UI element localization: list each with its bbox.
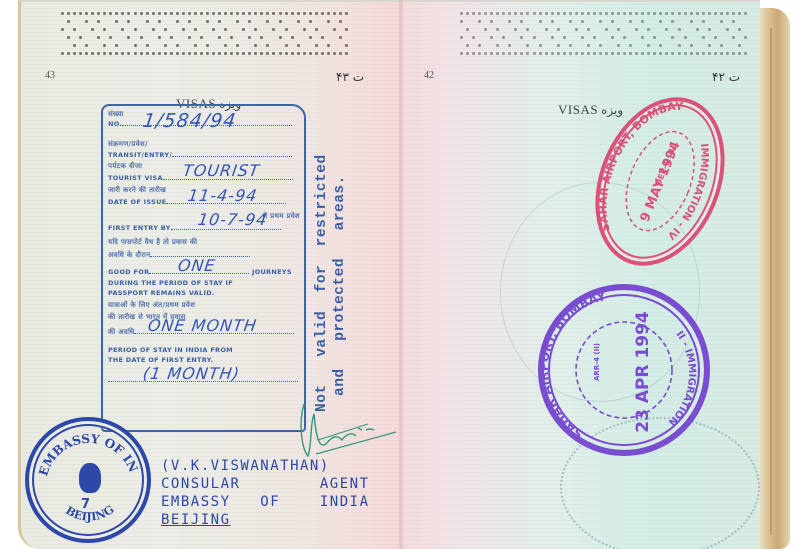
- left-page: 43 ت ۴۳ VISASویزه संख्या NO. 1/584/94 सं…: [18, 0, 400, 549]
- consul-embassy: EMBASSY OF INDIA: [161, 493, 370, 511]
- good-for-value: ONE: [177, 256, 217, 275]
- good-for-label: GOOD FOR: [108, 268, 149, 276]
- passport-number-perforation: [460, 6, 750, 54]
- tourist-label: TOURIST VISA: [108, 174, 163, 182]
- stay-hindi-1: यात्राओं के लिए अंत/प्रथम प्रवेश: [108, 301, 195, 309]
- period-value: (1 MONTH): [142, 364, 242, 383]
- consul-city: BEIJING: [161, 511, 370, 529]
- first-entry-value: 10-7-94: [197, 210, 269, 229]
- passport-spread: 43 ت ۴۳ VISASویزه संख्या NO. 1/584/94 सं…: [18, 0, 793, 549]
- book-gutter: [398, 0, 404, 549]
- page-edge: [760, 8, 790, 549]
- passport-number-perforation: [61, 6, 351, 54]
- stay-hindi-3: की अवधि: [108, 328, 134, 336]
- consul-title: CONSULAR AGENT: [161, 475, 370, 493]
- transit-label: TRANSIT/ENTRY/: [108, 151, 172, 159]
- page-number: 42: [424, 70, 434, 81]
- validity-hindi-1: यदि पासपोर्ट वैध है तो प्रवास की: [108, 238, 197, 246]
- no-label-hindi: संख्या: [108, 110, 124, 118]
- visas-heading-urdu: ویزه: [601, 103, 623, 117]
- during-line-2: PASSPORT REMAINS VALID.: [108, 289, 300, 297]
- seal-number: 7: [81, 497, 90, 512]
- restriction-notice: Not valid for restricted and protected a…: [313, 92, 349, 412]
- embassy-seal: EMBASSY OF INDIA BEIJING 7: [25, 417, 151, 543]
- arrival-date: 23 APR 1994: [633, 311, 653, 433]
- visas-heading: VISASویزه: [558, 102, 623, 118]
- restriction-line-1: Not valid for restricted: [313, 92, 331, 412]
- urdu-page-number: ت ۴۳: [336, 70, 364, 84]
- right-page: 42 ت ۴۲ VISASویزه SAHAR AIRPORT, BOMBAY …: [400, 0, 760, 549]
- first-entry-label: FIRST ENTRY BY: [108, 224, 171, 232]
- during-line-1: DURING THE PERIOD OF STAY IF: [108, 279, 300, 287]
- consular-signature-block: (V.K.VISWANATHAN) CONSULAR AGENT EMBASSY…: [161, 457, 370, 529]
- page-number: 43: [45, 70, 55, 81]
- visa-stamp: संख्या NO. 1/584/94 संक्रमण/प्रवेश/ TRAN…: [101, 104, 306, 432]
- consul-name: (V.K.VISWANATHAN): [161, 457, 370, 475]
- period-line-2: THE DATE OF FIRST ENTRY.: [108, 356, 300, 364]
- period-line-1: PERIOD OF STAY IN INDIA FROM: [108, 346, 300, 354]
- consular-signature: [296, 394, 400, 464]
- stay-value: ONE MONTH: [147, 316, 259, 335]
- no-label: NO.: [108, 120, 122, 128]
- journeys-label: JOURNEYS: [252, 268, 292, 276]
- visas-heading-text: VISAS: [558, 102, 598, 117]
- ashoka-emblem-icon: [79, 463, 101, 493]
- issue-date-value: 11-4-94: [187, 186, 259, 205]
- restriction-line-2: and protected areas.: [331, 92, 349, 412]
- tourist-label-hindi: पर्यटक वीजा: [108, 162, 142, 170]
- validity-hindi-2: अवधि के दौरान: [108, 251, 150, 259]
- arrival-counter: ARR-4 (II): [593, 343, 601, 381]
- issue-label-hindi: जारी करने की तारीख: [108, 186, 166, 194]
- visa-number-value: 1/584/94: [141, 110, 237, 132]
- arrival-stamp: SAHAR AIRPORT, BOMBAY II - IMMIGRATION A…: [538, 284, 710, 456]
- transit-label-hindi: संक्रमण/प्रवेश/: [108, 140, 148, 148]
- issue-label: DATE OF ISSUE: [108, 198, 166, 206]
- urdu-page-number: ت ۴۲: [712, 70, 740, 84]
- tourist-value: TOURIST: [182, 161, 262, 180]
